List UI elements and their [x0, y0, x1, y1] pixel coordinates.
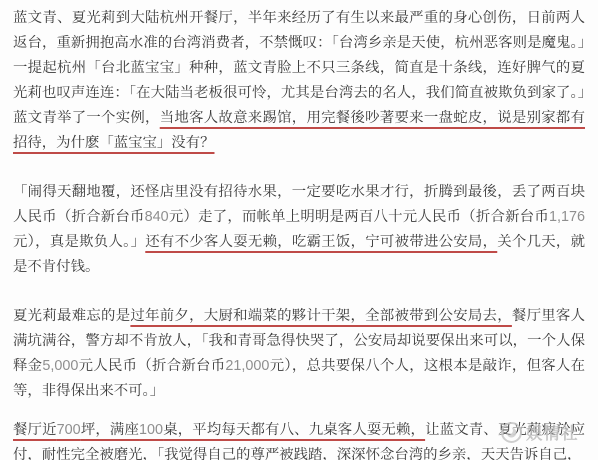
- red-underlined-text: 还有不少客人耍无赖，吃霸王饭，宁可被带进公安局，: [145, 234, 497, 250]
- paragraph-3: 夏光莉最难忘的是过年前夕，大厨和端菜的夥计干架，全部被带到公安局去，餐厅里客人满…: [13, 304, 585, 404]
- red-underlined-text: 过年前夕，大厨和端菜的夥计干架，全部被带到公安局去，: [130, 308, 512, 324]
- number-text: 840: [145, 209, 169, 225]
- red-underlined-text: 坪，满座: [81, 422, 139, 438]
- body-text: 蓝文青、夏光莉到大陆杭州开餐厅，半年来经历了有生以来最严重的身心创伤，日前两人返…: [13, 10, 585, 126]
- paragraph-4: 餐厅近700坪，满座100桌，平均每天都有八、九桌客人耍无赖，让蓝文青、夏光莉疲…: [13, 418, 585, 460]
- number-text: 1,176: [549, 209, 585, 225]
- body-text: 元人民币（折合新台币: [78, 358, 225, 374]
- red-underlined-text: 桌，平均每天都有八、九桌客人耍无赖，: [163, 422, 425, 438]
- paragraph-2: 「闹得天翻地覆，还怪店里没有招待水果，一定要吃水果才行，折腾到最後，丢了两百块人…: [13, 180, 585, 280]
- red-underlined-number: 100: [139, 422, 163, 438]
- number-text: 21,000: [225, 358, 269, 374]
- body-text: 元）走了，而帐单上明明是两百八十元人民币（折合新台币: [169, 209, 549, 225]
- article: 蓝文青、夏光莉到大陆杭州开餐厅，半年来经历了有生以来最严重的身心创伤，日前两人返…: [0, 0, 598, 460]
- article-body: 蓝文青、夏光莉到大陆杭州开餐厅，半年来经历了有生以来最严重的身心创伤，日前两人返…: [13, 6, 585, 460]
- paragraph-1: 蓝文青、夏光莉到大陆杭州开餐厅，半年来经历了有生以来最严重的身心创伤，日前两人返…: [13, 6, 585, 156]
- red-underlined-text: 餐厅近: [13, 422, 57, 438]
- red-underlined-number: 700: [57, 422, 81, 438]
- page: { "colors": { "background": "#fdfdfd", "…: [0, 0, 598, 460]
- body-text: 元），真是欺负人。」: [13, 234, 145, 250]
- body-text: 夏光莉最难忘的是: [13, 308, 130, 324]
- number-text: 5,000: [42, 358, 78, 374]
